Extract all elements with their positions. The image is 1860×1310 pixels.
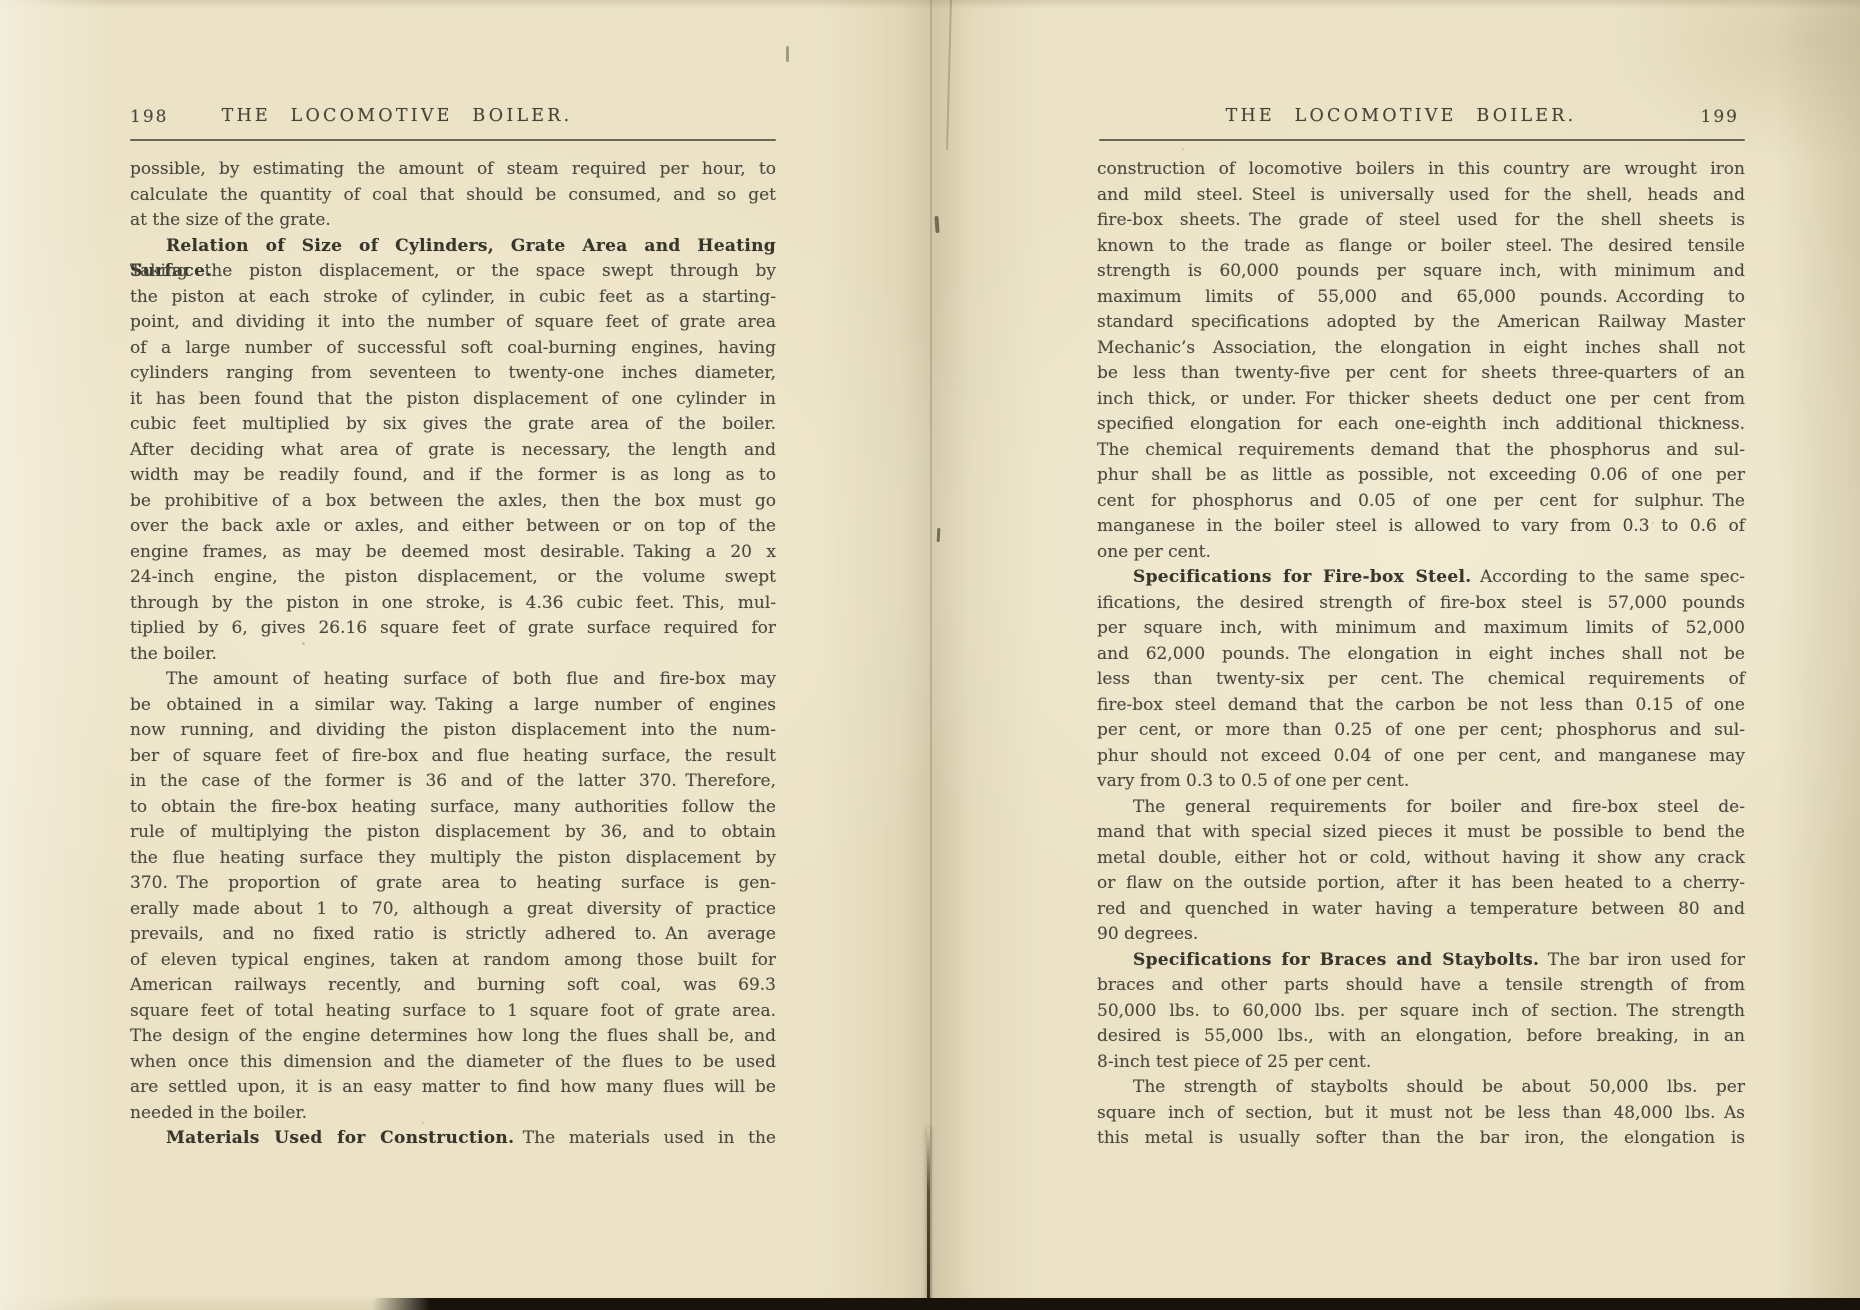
text-line: erally made about 1 to 70, although a gr… <box>130 897 776 923</box>
text-line: engine frames, as may be deemed most des… <box>130 540 776 566</box>
text-line: or flaw on the outside portion, after it… <box>1097 871 1745 897</box>
text-line: the boiler. <box>130 642 776 668</box>
text-line: the piston at each stroke of cylinder, i… <box>130 285 776 311</box>
text-line: per square inch, with minimum and maximu… <box>1097 616 1745 642</box>
text-line: Relation of Size of Cylinders, Grate Are… <box>130 234 776 260</box>
text-line: possible, by estimating the amount of st… <box>130 157 776 183</box>
text-line: cylinders ranging from seventeen to twen… <box>130 361 776 387</box>
text-line: desired is 55,000 lbs., with an elongati… <box>1097 1024 1745 1050</box>
paper-speckle <box>1652 522 1654 524</box>
text-line: maximum limits of 55,000 and 65,000 poun… <box>1097 285 1745 311</box>
text-line: red and quenched in water having a tempe… <box>1097 897 1745 923</box>
text-line: standard specifications adopted by the A… <box>1097 310 1745 336</box>
text-line: of a large number of successful soft coa… <box>130 336 776 362</box>
text-line: less than twenty-six per cent. The chemi… <box>1097 667 1745 693</box>
text-line: The chemical requirements demand that th… <box>1097 438 1745 464</box>
text-line: Specifications for Braces and Staybolts.… <box>1097 948 1745 974</box>
gutter-mark <box>934 216 939 233</box>
text-line: be obtained in a similar way. Taking a l… <box>130 693 776 719</box>
text-line: phur shall be as little as possible, not… <box>1097 463 1745 489</box>
text-line: The design of the engine determines how … <box>130 1024 776 1050</box>
section-heading: Materials Used for Construction. <box>166 1128 514 1148</box>
text-line: vary from 0.3 to 0.5 of one per cent. <box>1097 769 1745 795</box>
paper-speckle <box>302 642 305 645</box>
text-line: cent for phosphorus and 0.05 of one per … <box>1097 489 1745 515</box>
section-heading: Specifications for Braces and Staybolts. <box>1133 950 1539 970</box>
text-line: 50,000 lbs. to 60,000 lbs. per square in… <box>1097 999 1745 1025</box>
text-line: through by the piston in one stroke, is … <box>130 591 776 617</box>
text-line: square inch of section, but it must not … <box>1097 1101 1745 1127</box>
text-line: be prohibitive of a box between the axle… <box>130 489 776 515</box>
text-line: strength is 60,000 pounds per square inc… <box>1097 259 1745 285</box>
text-line: when once this dimension and the diamete… <box>130 1050 776 1076</box>
gutter-crease-line <box>946 0 951 150</box>
text-line: inch thick, or under. For thicker sheets… <box>1097 387 1745 413</box>
left-page-header: 198 THE LOCOMOTIVE BOILER. <box>130 104 776 136</box>
text-line: braces and other parts should have a ten… <box>1097 973 1745 999</box>
text-line: Materials Used for Construction. The mat… <box>130 1126 776 1152</box>
text-line: American railways recently, and burning … <box>130 973 776 999</box>
paper-speckle <box>1182 148 1184 150</box>
text-line: rule of multiplying the piston displacem… <box>130 820 776 846</box>
text-line: in the case of the former is 36 and of t… <box>130 769 776 795</box>
left-running-title: THE LOCOMOTIVE BOILER. <box>222 106 573 126</box>
text-line: The general requirements for boiler and … <box>1097 795 1745 821</box>
text-line: square feet of total heating surface to … <box>130 999 776 1025</box>
text-line: one per cent. <box>1097 540 1745 566</box>
text-line: prevails, and no fixed ratio is strictly… <box>130 922 776 948</box>
text-line: point, and dividing it into the number o… <box>130 310 776 336</box>
book-gutter-fold-line <box>927 1128 930 1310</box>
scan-edge-bar <box>372 1298 1860 1310</box>
right-page-number: 199 <box>1701 107 1739 127</box>
text-line: known to the trade as flange or boiler s… <box>1097 234 1745 260</box>
text-line: and mild steel. Steel is universally use… <box>1097 183 1745 209</box>
text-line: fire-box sheets. The grade of steel used… <box>1097 208 1745 234</box>
text-line: 24-inch engine, the piston displacement,… <box>130 565 776 591</box>
text-line: Taking the piston displacement, or the s… <box>130 259 776 285</box>
text-line: The amount of heating surface of both fl… <box>130 667 776 693</box>
paper-speckle <box>1522 982 1525 985</box>
text-line: to obtain the fire-box heating surface, … <box>130 795 776 821</box>
gutter-mark <box>786 46 789 62</box>
text-line: are settled upon, it is an easy matter t… <box>130 1075 776 1101</box>
text-line: now running, and dividing the piston dis… <box>130 718 776 744</box>
right-running-title: THE LOCOMOTIVE BOILER. <box>1226 106 1577 126</box>
text-line: cubic feet multiplied by six gives the g… <box>130 412 776 438</box>
text-line: mand that with special sized pieces it m… <box>1097 820 1745 846</box>
text-line: width may be readily found, and if the f… <box>130 463 776 489</box>
text-line: tiplied by 6, gives 26.16 square feet of… <box>130 616 776 642</box>
left-text-column: possible, by estimating the amount of st… <box>130 157 776 1152</box>
text-line: the flue heating surface they multiply t… <box>130 846 776 872</box>
text-line: of eleven typical engines, taken at rand… <box>130 948 776 974</box>
text-line: be less than twenty-five per cent for sh… <box>1097 361 1745 387</box>
book-gutter-shadow <box>930 0 932 1310</box>
text-line: specified elongation for each one-eighth… <box>1097 412 1745 438</box>
text-line: construction of locomotive boilers in th… <box>1097 157 1745 183</box>
text-line: metal double, either hot or cold, withou… <box>1097 846 1745 872</box>
right-page-header: THE LOCOMOTIVE BOILER. 199 <box>1097 104 1745 136</box>
text-line: 8-inch test piece of 25 per cent. <box>1097 1050 1745 1076</box>
text-line: it has been found that the piston displa… <box>130 387 776 413</box>
text-line: manganese in the boiler steel is allowed… <box>1097 514 1745 540</box>
text-line: ifications, the desired strength of fire… <box>1097 591 1745 617</box>
text-line: calculate the quantity of coal that shou… <box>130 183 776 209</box>
text-line: Specifications for Fire-box Steel. Accor… <box>1097 565 1745 591</box>
text-line: over the back axle or axles, and either … <box>130 514 776 540</box>
paper-speckle <box>702 298 704 300</box>
text-line: 370. The proportion of grate area to hea… <box>130 871 776 897</box>
text-line: 90 degrees. <box>1097 922 1745 948</box>
gutter-mark <box>937 528 941 542</box>
text-line: The strength of staybolts should be abou… <box>1097 1075 1745 1101</box>
text-line: per cent, or more than 0.25 of one per c… <box>1097 718 1745 744</box>
right-text-column: construction of locomotive boilers in th… <box>1097 157 1745 1152</box>
left-header-rule <box>130 139 776 141</box>
text-line: Mechanic’s Association, the elongation i… <box>1097 336 1745 362</box>
text-line: ber of square feet of fire-box and flue … <box>130 744 776 770</box>
scanned-book-spread: 198 THE LOCOMOTIVE BOILER. THE LOCOMOTIV… <box>0 0 1860 1310</box>
section-heading: Specifications for Fire-box Steel. <box>1133 567 1471 587</box>
text-line: After deciding what area of grate is nec… <box>130 438 776 464</box>
text-line: fire-box steel demand that the carbon be… <box>1097 693 1745 719</box>
text-line: this metal is usually softer than the ba… <box>1097 1126 1745 1152</box>
left-page-number: 198 <box>130 107 168 127</box>
right-header-rule <box>1099 139 1745 141</box>
text-line: and 62,000 pounds. The elongation in eig… <box>1097 642 1745 668</box>
text-line: needed in the boiler. <box>130 1101 776 1127</box>
text-line: at the size of the grate. <box>130 208 776 234</box>
text-line: phur should not exceed 0.04 of one per c… <box>1097 744 1745 770</box>
paper-speckle <box>422 1122 424 1124</box>
